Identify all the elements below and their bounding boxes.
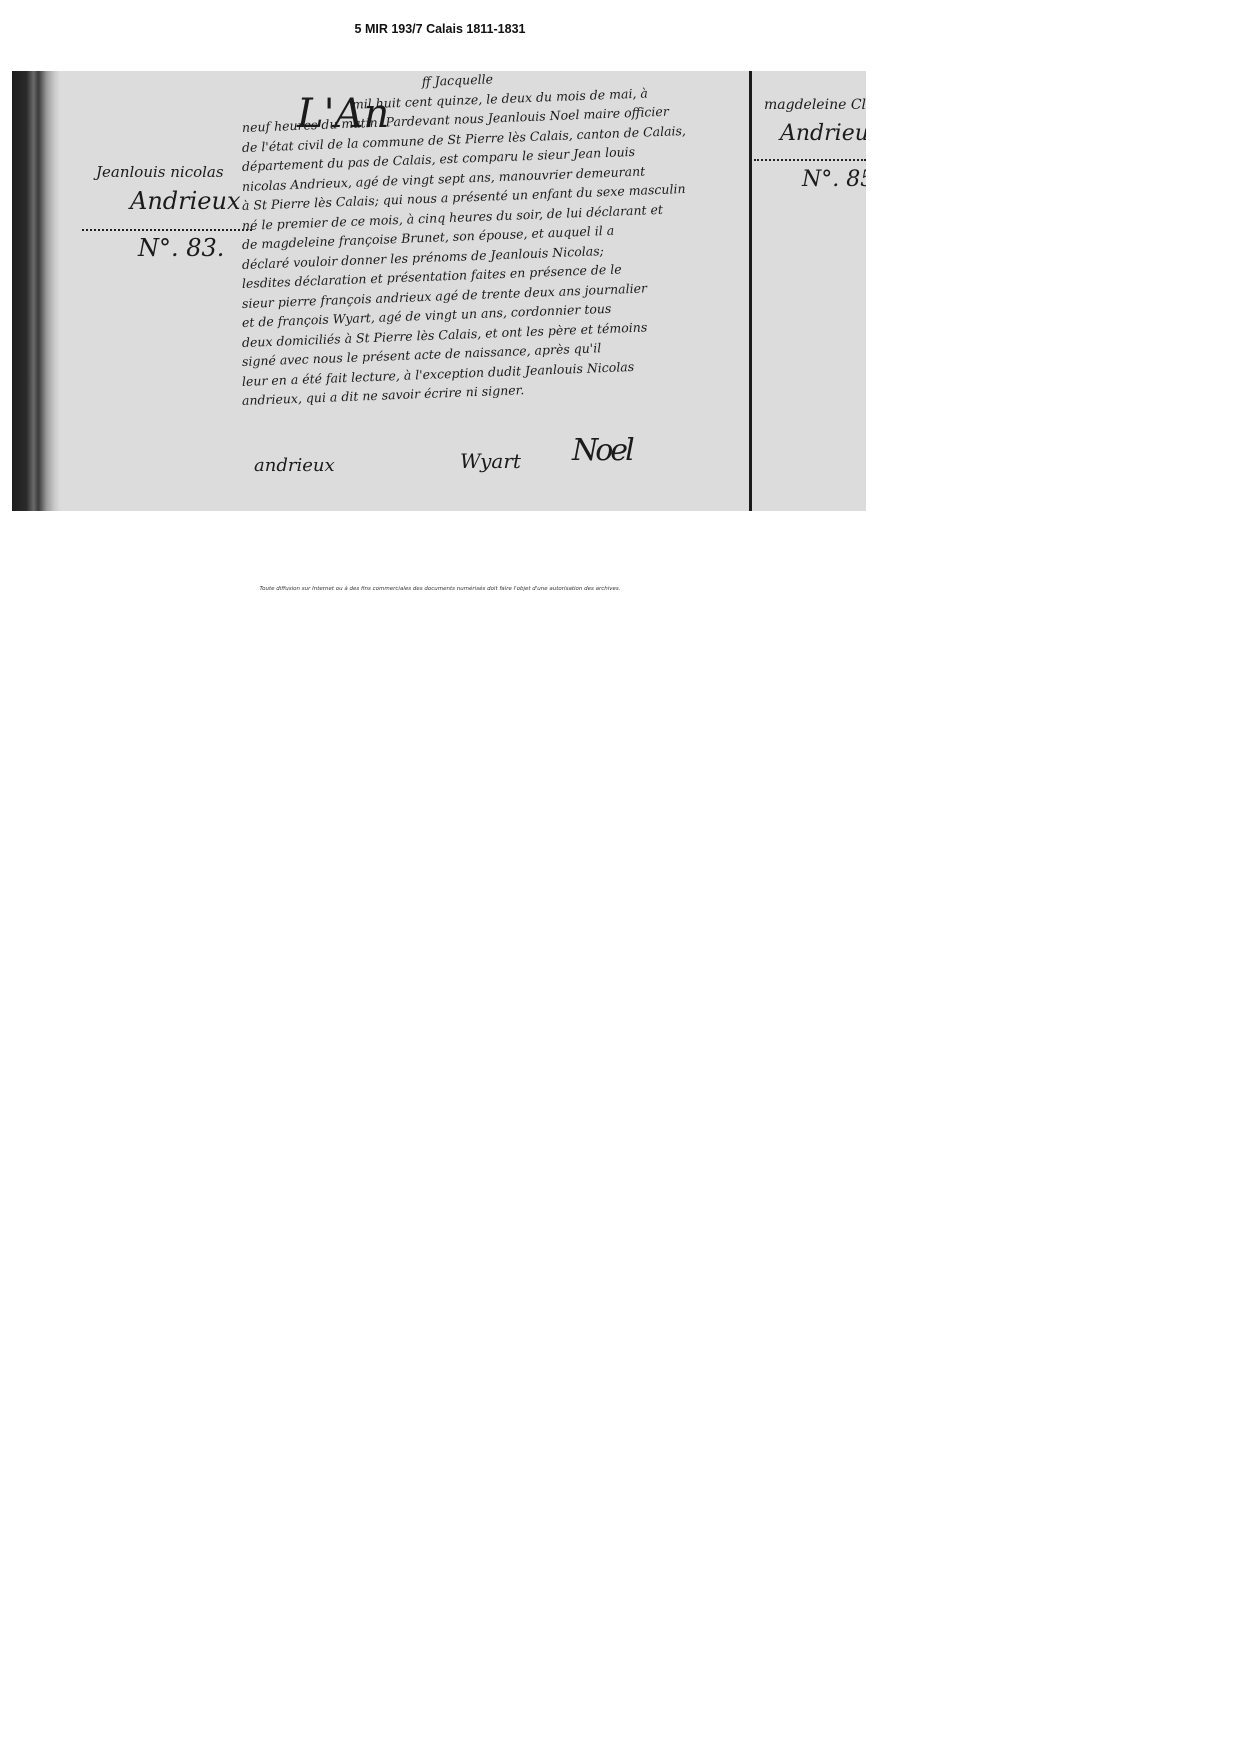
signature-wyart: Wyart: [460, 449, 521, 473]
copyright-notice: Toute diffusion sur Internet ou à des fi…: [0, 586, 880, 592]
next-act-given-names: magdeleine Cl: [764, 97, 866, 113]
next-act-flourish: [754, 153, 866, 161]
book-binding-shadow: [12, 71, 60, 511]
margin-flourish: [82, 223, 252, 231]
next-act-surname: Andrieu: [780, 121, 866, 146]
signature-andrieux: andrieux: [254, 455, 335, 476]
act-body-text: ff Jacquellemil huit cent quinze, le deu…: [242, 79, 742, 411]
margin-surname: Andrieux: [130, 187, 241, 215]
scanned-register-page: Jeanlouis nicolas Andrieux N°. 83. magde…: [12, 71, 866, 511]
column-rule: [749, 71, 752, 511]
page-title: 5 MIR 193/7 Calais 1811-1831: [0, 22, 880, 36]
next-act-number: N°. 85.: [802, 167, 866, 192]
margin-act-number: N°. 83.: [138, 234, 224, 262]
signature-mayor: Noel: [572, 433, 632, 468]
margin-given-names: Jeanlouis nicolas: [96, 163, 224, 181]
